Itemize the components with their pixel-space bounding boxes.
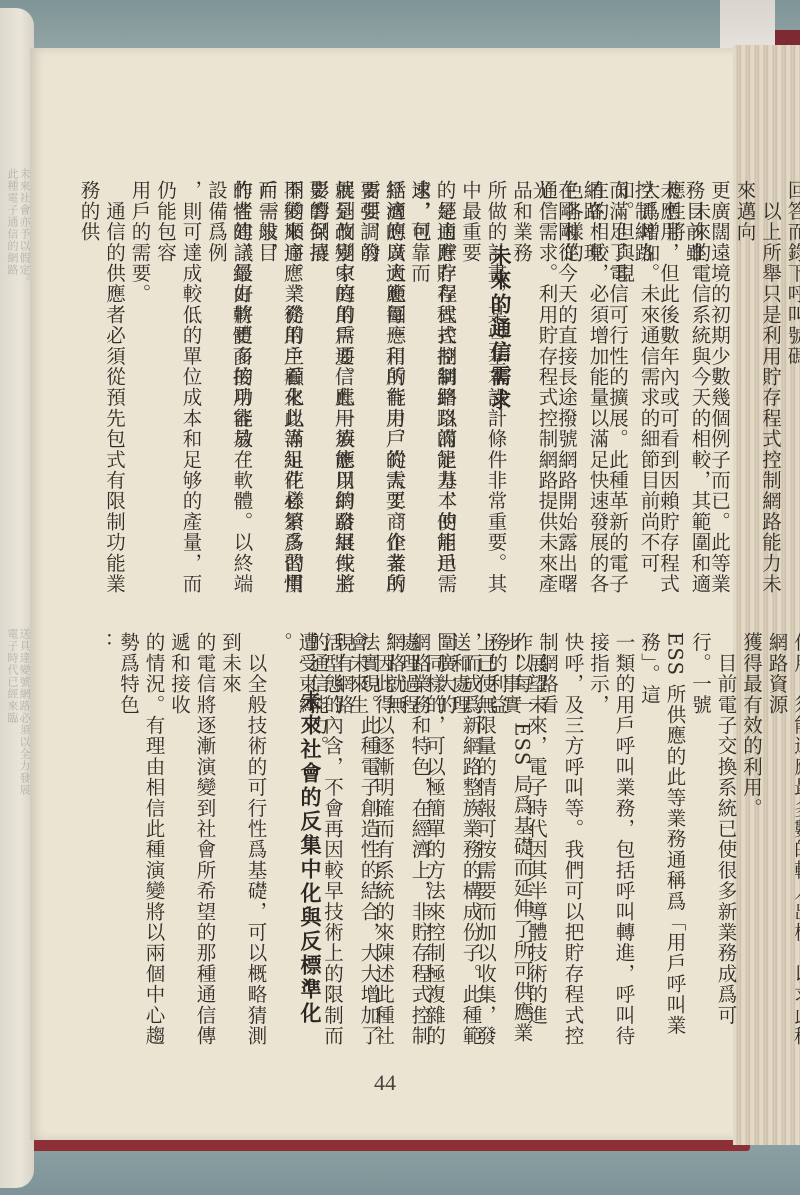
- text-line: 括適應廣大範圍應用的能力，從大工商企業的需要，發: [357, 180, 408, 600]
- text-line: 開的順序。業務的主顧化以滿足花樣繁多的用戶需求，: [255, 180, 306, 600]
- text-line: 。: [269, 632, 295, 1052]
- text-line: 大爲增加。未來通信需求的細節目前尚不可知。但與現: [611, 180, 662, 600]
- text-line: 未來的電信系統與今天的相較，其範圍和適應性將: [662, 180, 713, 600]
- text-line: 展望未來，電子時代因其半導體技術的進步，事實: [498, 632, 549, 1052]
- text-line: 的電信將逐漸演變到社會所希望的那種通信傳遞和接收: [167, 632, 218, 1052]
- text-line: 目前電子交換系統已使很多新業務成爲可行。一號: [688, 632, 739, 1052]
- text-line: 經由貯存程式控制網路以滿足基本的用戶需求，包: [408, 180, 459, 600]
- text-line: ：: [90, 632, 116, 1052]
- text-line: 。同樣的，可以極簡單的方法來控制極複雜的處理過程: [396, 632, 447, 1052]
- table-background-top: [0, 0, 800, 50]
- text-line: 用戶的需要。: [127, 180, 153, 600]
- text-line: 一類的用戶呼叫業務，包括呼叫轉進，呼叫待接指示，: [586, 632, 637, 1052]
- text-line: 通信需求。利用貯存程式控制網路提供未來產品和業務: [509, 180, 560, 600]
- text-line: 以上所舉只是利用貯存程式控制網路能力未來邁向: [732, 180, 783, 600]
- paragraph-block-bottom-left: 展望未來，電子時代因其半導體技術的進步，事實 上已使無限量的情報可按需要而加以收…: [90, 632, 549, 1052]
- text-line: 的情況。有理由相信此種演變將以兩個中心趨勢爲特色: [116, 632, 167, 1052]
- text-line: 獲得最有效的利用。: [739, 632, 765, 1052]
- text-line: 在的相較，必須增加能量以滿足快速發展的各色各樣的: [560, 180, 611, 600]
- text-line: 通信的供應者必須從預先包式有限制功能業務的供: [76, 180, 127, 600]
- text-line: 上已使無限量的情報可按需要而加以收集，發送和處理: [447, 632, 498, 1052]
- text-line: ESS 所供應的此等業務通稱爲「用戶呼叫業務」。這: [637, 632, 688, 1052]
- text-line: 。因此得以逐漸明確而有系統的來陳述此種社會未來生: [345, 632, 396, 1052]
- text-line: 活型態的內含，不會再因較早技術上的限制而遭受束縛: [294, 632, 345, 1052]
- text-line: 以全般技術的可行性爲基礎，可以概略猜測到未來: [218, 632, 269, 1052]
- page-number: 44: [374, 1070, 396, 1096]
- text-line: 作用，須能適應最多數的輸入出機，以求此種網路資源: [764, 632, 800, 1052]
- text-line: ，則可達成較低的單位成本和足够的產量，而仍能包容: [153, 180, 204, 600]
- text-line: 回答而錄下呼叫號碼。: [783, 180, 800, 600]
- previous-page-curl: 未來社會亦予以假定。 此種電子通信的網路 送具達變號網路必須以全力發展 電子時代…: [0, 8, 34, 1188]
- text-line: 展到個別家庭的需要。此一族應用的發展或將影響到展: [306, 180, 357, 600]
- text-line: 作者建議最好將更多的功能放在軟體。以終端設備爲例: [204, 180, 255, 600]
- paragraph-block-top-left: 經由貯存程式控制網路以滿足基本的用戶需求，包 括適應廣大範圍應用的能力，從大工商…: [76, 180, 459, 600]
- text-line: 所做的計畫，某些基本設計條件非常重要。其中最重要: [458, 180, 509, 600]
